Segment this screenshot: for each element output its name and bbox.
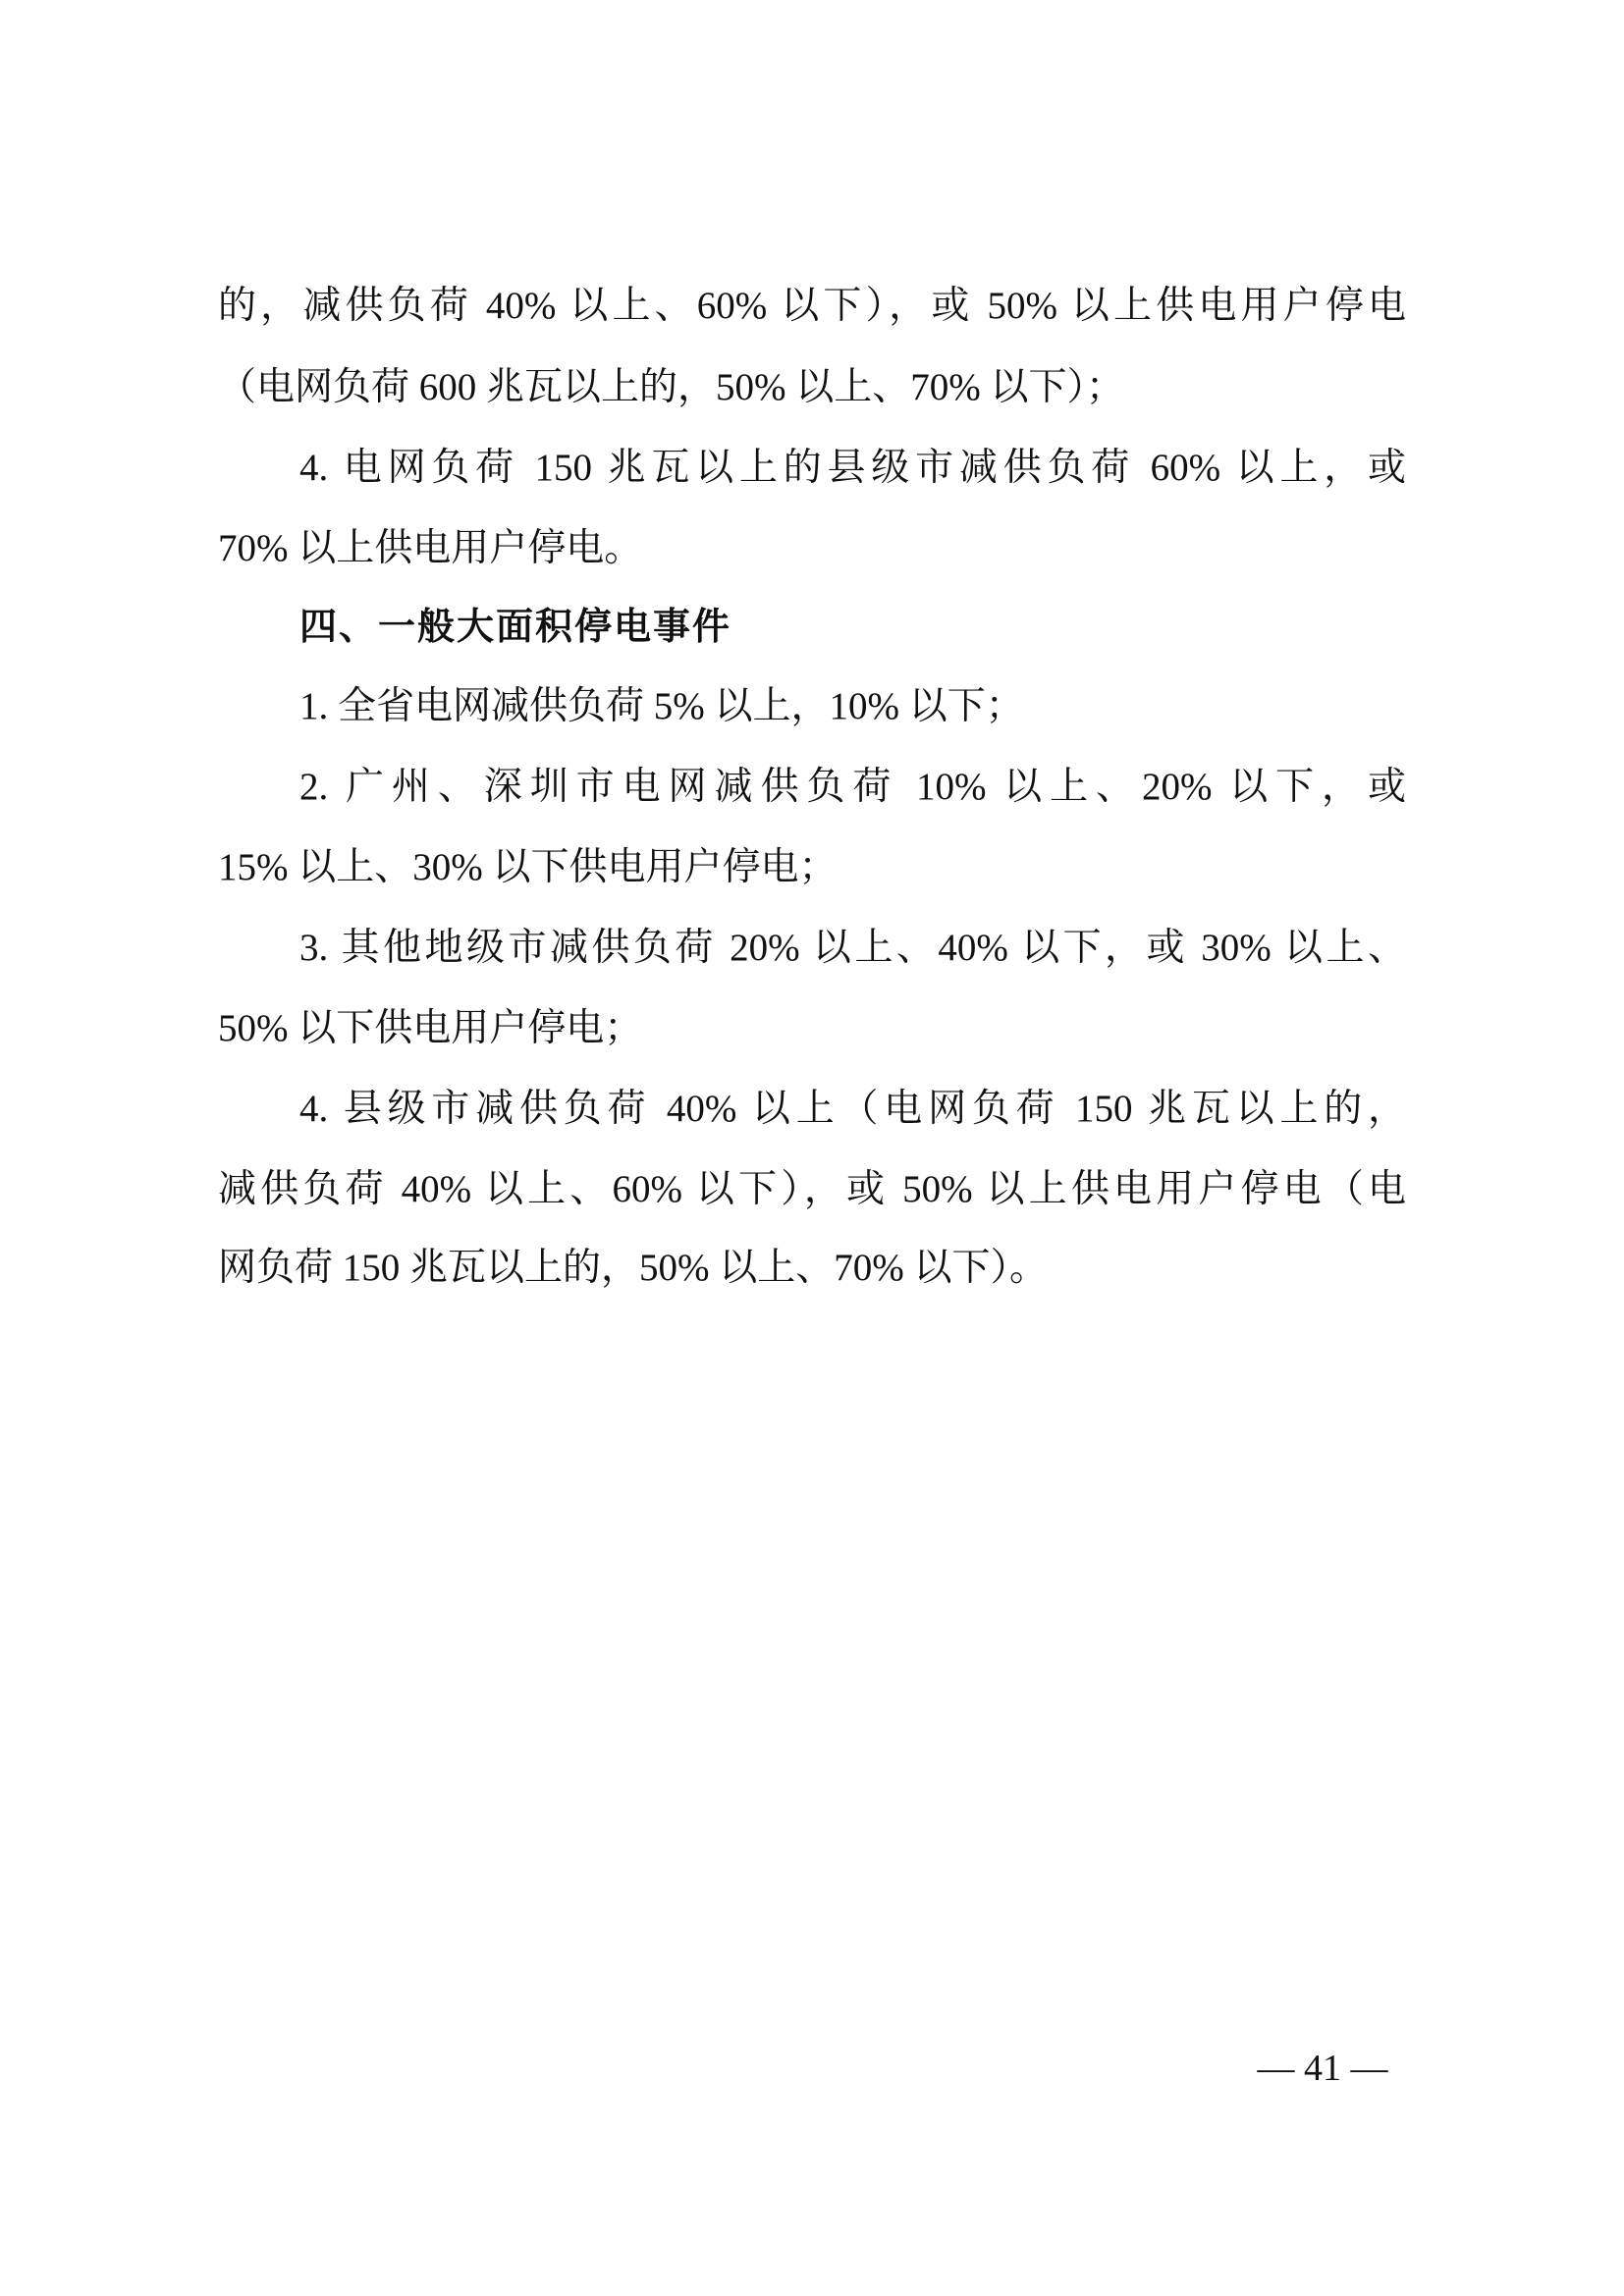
list-item-4-line-1: 4. 电网负荷 150 兆瓦以上的县级市减供负荷 60% 以上，或 [299,444,1406,493]
list-item-3-line-2: 50% 以下供电用户停电； [218,1004,1406,1053]
paragraph-line-continuation: （电网负荷 600 兆瓦以上的，50% 以上、70% 以下）； [218,363,1406,412]
list-item-3-line-1: 3. 其他地级市减供负荷 20% 以上、40% 以下，或 30% 以上、 [299,924,1406,973]
list-item-4b-line-3: 网负荷 150 兆瓦以上的，50% 以上、70% 以下）。 [218,1244,1406,1293]
paragraph-line-continuation: 的，减供负荷 40% 以上、60% 以下），或 50% 以上供电用户停电 [218,282,1406,331]
list-item-1: 1. 全省电网减供负荷 5% 以上，10% 以下； [299,682,1406,731]
list-item-4b-line-2: 减供负荷 40% 以上、60% 以下），或 50% 以上供电用户停电（电 [218,1165,1406,1214]
section-heading: 四、一般大面积停电事件 [299,602,1406,651]
list-item-4b-line-1: 4. 县级市减供负荷 40% 以上（电网负荷 150 兆瓦以上的， [299,1085,1406,1134]
page-number: — 41 — [1239,2044,1406,2093]
list-item-4-line-2: 70% 以上供电用户停电。 [218,524,1406,573]
list-item-2-line-1: 2. 广州、深圳市电网减供负荷 10% 以上、20% 以下，或 [299,763,1406,812]
list-item-2-line-2: 15% 以上、30% 以下供电用户停电； [218,843,1406,892]
